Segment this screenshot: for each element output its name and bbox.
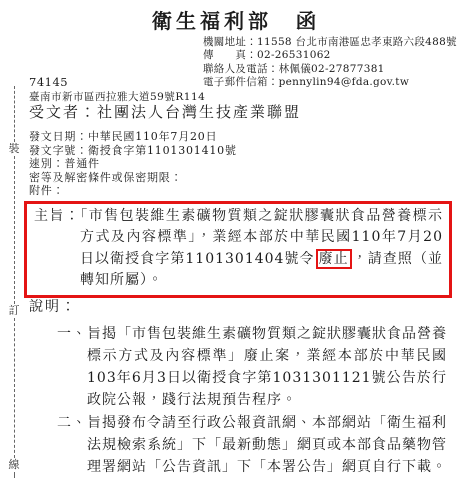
meta-issue-date: 發文日期：中華民國110年7月20日	[29, 130, 237, 144]
fold-line-dash	[14, 156, 15, 304]
abolish-highlight-box: 廢止	[316, 249, 352, 269]
explanation-item-1: 一、旨揭「市售包裝維生素礦物質類之錠狀膠囊狀食品營養標示方式及內容標準」廢止案，…	[57, 323, 447, 411]
fold-line-dash	[14, 472, 15, 478]
agency-address: 機關地址：11558 台北市南港區忠孝東路六段488號	[203, 36, 457, 49]
meta-speed: 速別：普通件	[29, 157, 237, 171]
item-text: 旨揭「市售包裝維生素礦物質類之錠狀膠囊狀食品營養標示方式及內容標準」廢止案，業經…	[87, 326, 447, 408]
item-number: 一、	[57, 326, 87, 342]
meta-doc-number: 發文字號：衛授食字第1101301410號	[29, 144, 237, 158]
binding-mark-ding: 訂	[9, 304, 20, 318]
subject-paragraph: 主旨：「市售包裝維生素礦物質類之錠狀膠囊狀食品營養標示方式及內容標準」，業經本部…	[34, 206, 443, 292]
document-title: 衛生福利部 函	[0, 5, 472, 34]
binding-mark-xian: 線	[9, 458, 20, 472]
agency-contact-person: 聯絡人及電話：林佩儀02-27877381	[203, 63, 457, 76]
item-text: 旨揭發布令請至行政公報資訊網、本部網站「衛生福利法規檢索系統」下「最新動態」網頁…	[87, 415, 447, 475]
explanation-section: 說明： 一、旨揭「市售包裝維生素礦物質類之錠狀膠囊狀食品營養標示方式及內容標準」…	[29, 296, 447, 478]
agency-fax: 傳 真：02-26531062	[203, 49, 457, 62]
binding-fold-column: 裝 訂 線	[6, 86, 22, 478]
meta-secrecy: 密等及解密條件或保密期限：	[29, 171, 237, 185]
document-meta-block: 發文日期：中華民國110年7月20日 發文字號：衛授食字第1101301410號…	[29, 130, 237, 198]
agency-email: 電子郵件信箱：pennylin94@fda.gov.tw	[203, 76, 457, 89]
agency-contact-block: 機關地址：11558 台北市南港區忠孝東路六段488號 傳 真：02-26531…	[203, 36, 457, 90]
official-letter-page: 裝 訂 線 衛生福利部 函 機關地址：11558 台北市南港區忠孝東路六段488…	[0, 0, 472, 480]
explanation-label: 說明：	[29, 296, 447, 318]
subject-annotation-box: 主旨：「市售包裝維生素礦物質類之錠狀膠囊狀食品營養標示方式及內容標準」，業經本部…	[24, 201, 452, 298]
meta-attachment: 附件：	[29, 184, 237, 198]
recipient-line: 受文者：社團法人台灣生技產業聯盟	[29, 101, 301, 122]
recipient-zip-code: 74145	[29, 75, 68, 89]
fold-line-dash	[14, 318, 15, 458]
subject-label: 主旨：	[34, 208, 80, 224]
binding-mark-zhuang: 裝	[9, 142, 20, 156]
fold-line-dash	[14, 86, 15, 142]
explanation-item-2: 二、旨揭發布令請至行政公報資訊網、本部網站「衛生福利法規檢索系統」下「最新動態」…	[57, 412, 447, 478]
item-number: 二、	[57, 415, 87, 431]
